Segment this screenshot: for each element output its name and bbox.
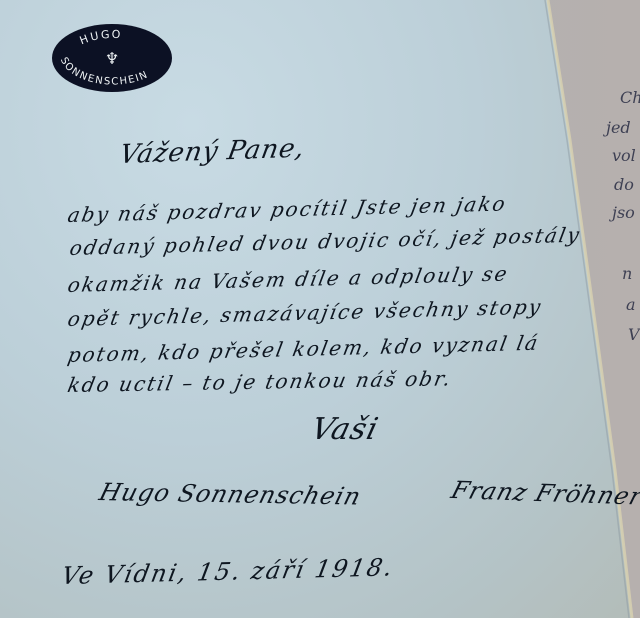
hugo-sonnenschein-stamp: HUGO SONNENSCHEIN ♆ <box>50 22 174 94</box>
second-page-fragment: V <box>628 325 640 344</box>
second-page-fragment: Ch <box>620 88 640 107</box>
letter-closing: Vaši <box>308 412 383 447</box>
stamp-crown-icon: ♆ <box>105 49 119 68</box>
second-page-fragment: a <box>626 295 636 314</box>
second-page-fragment: do <box>614 175 634 194</box>
second-page-fragment: vol <box>612 146 636 165</box>
second-page-fragment: jso <box>612 203 635 222</box>
second-page-fragment: jed <box>606 118 631 137</box>
second-page-fragment: n <box>622 264 632 283</box>
signature-hugo-sonnenschein: Hugo Sonnenschein <box>96 478 364 510</box>
